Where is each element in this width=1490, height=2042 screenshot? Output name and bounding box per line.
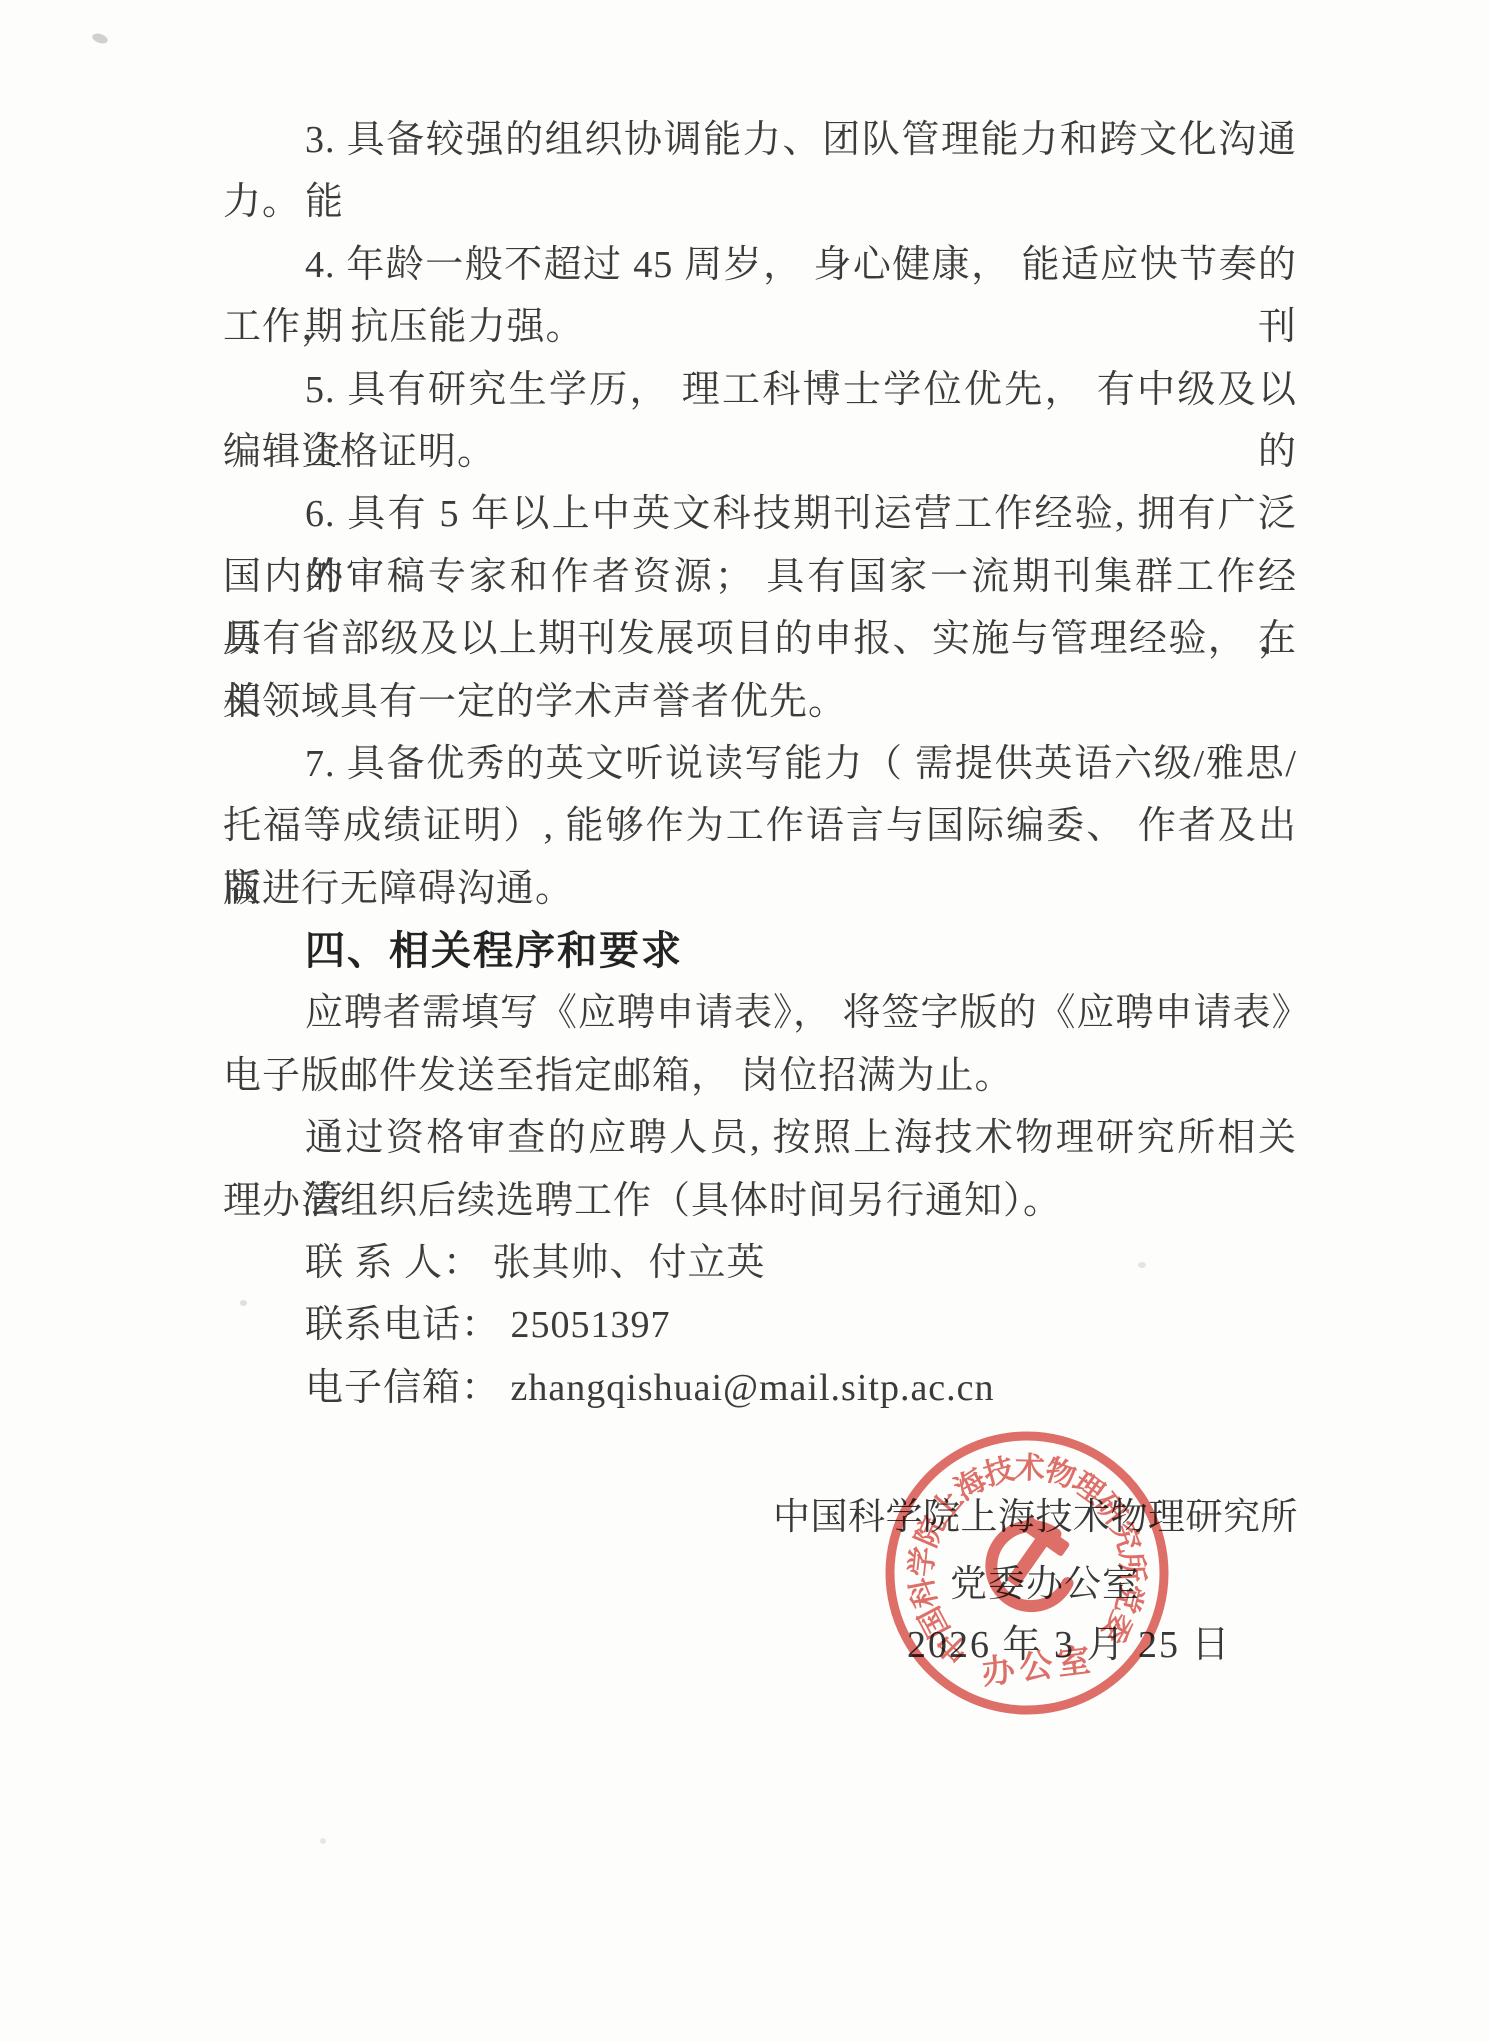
document-body: 3. 具备较强的组织协调能力、团队管理能力和跨文化沟通能 力。 4. 年龄一般不…	[223, 109, 1297, 1419]
signature-date: 2026 年 3 月 25 日	[907, 1623, 1232, 1667]
svg-text:科: 科	[904, 1575, 943, 1611]
document-line: 4. 年龄一般不超过 45 周岁， 身心健康， 能适应快节奏的期刊	[223, 234, 1297, 296]
contact-person-line: 联 系 人： 张其帅、付立英	[223, 1232, 1297, 1294]
document-line: 托福等成绩证明）, 能够作为工作语言与国际编委、 作者及出版	[223, 795, 1297, 857]
document-line: 5. 具有研究生学历， 理工科博士学位优先， 有中级及以上的	[223, 359, 1297, 421]
scan-noise-speck	[320, 1838, 326, 1844]
document-line: 6. 具有 5 年以上中英文科技期刊运营工作经验, 拥有广泛的	[223, 483, 1297, 545]
document-line: 国内外审稿专家和作者资源； 具有国家一流期刊集群工作经历，	[223, 546, 1297, 608]
scan-noise-speck	[91, 32, 109, 46]
document-line: 应聘者需填写《应聘申请表》， 将签字版的《应聘申请表》	[223, 982, 1297, 1044]
document-line: 7. 具备优秀的英文听说读写能力（ 需提供英语六级/雅思/	[223, 733, 1297, 795]
document-line: 3. 具备较强的组织协调能力、团队管理能力和跨文化沟通能	[223, 109, 1297, 171]
scan-noise-speck	[240, 1300, 247, 1306]
document-line: 理办法组织后续选聘工作（具体时间另行通知）。	[223, 1170, 1297, 1232]
contact-email-line: 电子信箱： zhangqishuai@mail.sitp.ac.cn	[223, 1357, 1297, 1419]
signature-department: 党委办公室	[950, 1563, 1140, 1607]
svg-text:学: 学	[905, 1545, 941, 1578]
document-line: 通过资格审查的应聘人员, 按照上海技术物理研究所相关管	[223, 1107, 1297, 1169]
svg-text:术: 术	[1013, 1452, 1045, 1486]
contact-phone-line: 联系电话： 25051397	[223, 1294, 1297, 1356]
section-heading: 四、相关程序和要求	[223, 920, 1297, 982]
svg-text:技: 技	[980, 1452, 1018, 1492]
document-line: 电子版邮件发送至指定邮箱， 岗位招满为止。	[223, 1045, 1297, 1107]
document-line: 力。	[223, 171, 1297, 233]
svg-text:物: 物	[1041, 1454, 1080, 1495]
document-line: 商进行无障碍沟通。	[223, 858, 1297, 920]
document-line: 关领域具有一定的学术声誉者优先。	[223, 671, 1297, 733]
scanned-document-page: 3. 具备较强的组织协调能力、团队管理能力和跨文化沟通能 力。 4. 年龄一般不…	[0, 0, 1490, 2042]
document-line: 具有省部级及以上期刊发展项目的申报、实施与管理经验， 在相	[223, 608, 1297, 670]
scan-noise-speck	[1138, 1262, 1146, 1268]
signature-organization: 中国科学院上海技术物理研究所	[773, 1496, 1298, 1540]
